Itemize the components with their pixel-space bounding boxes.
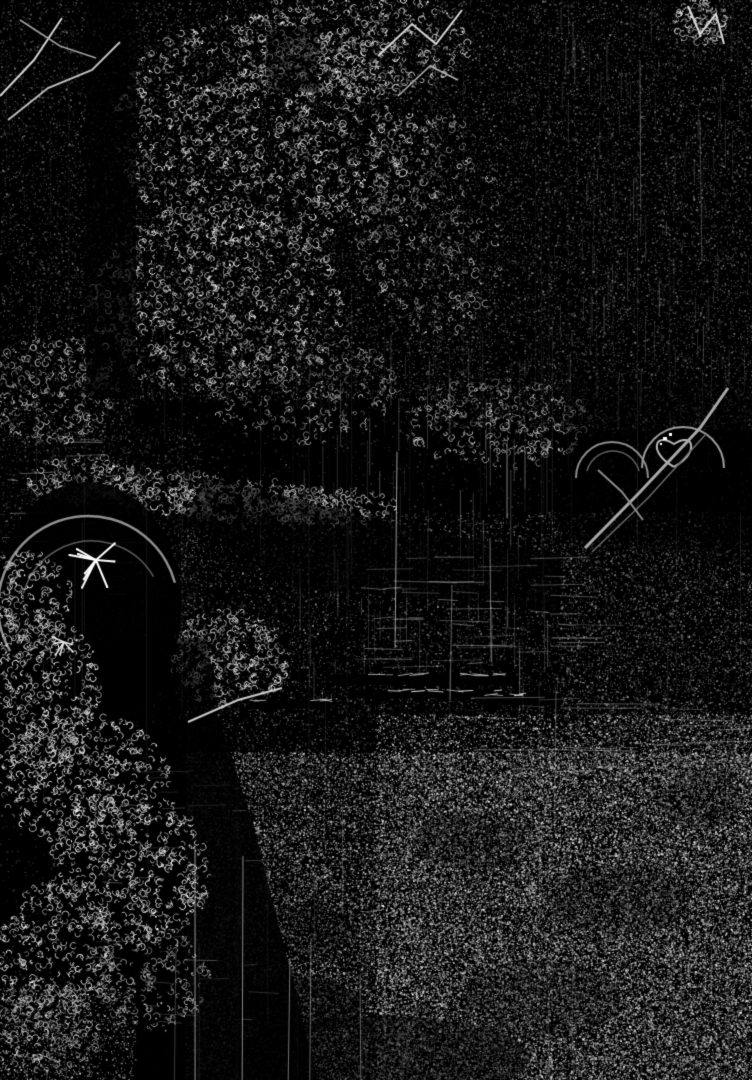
edge-detected-forest-scene [0, 0, 752, 1080]
forest-edge-canvas [0, 0, 752, 1080]
